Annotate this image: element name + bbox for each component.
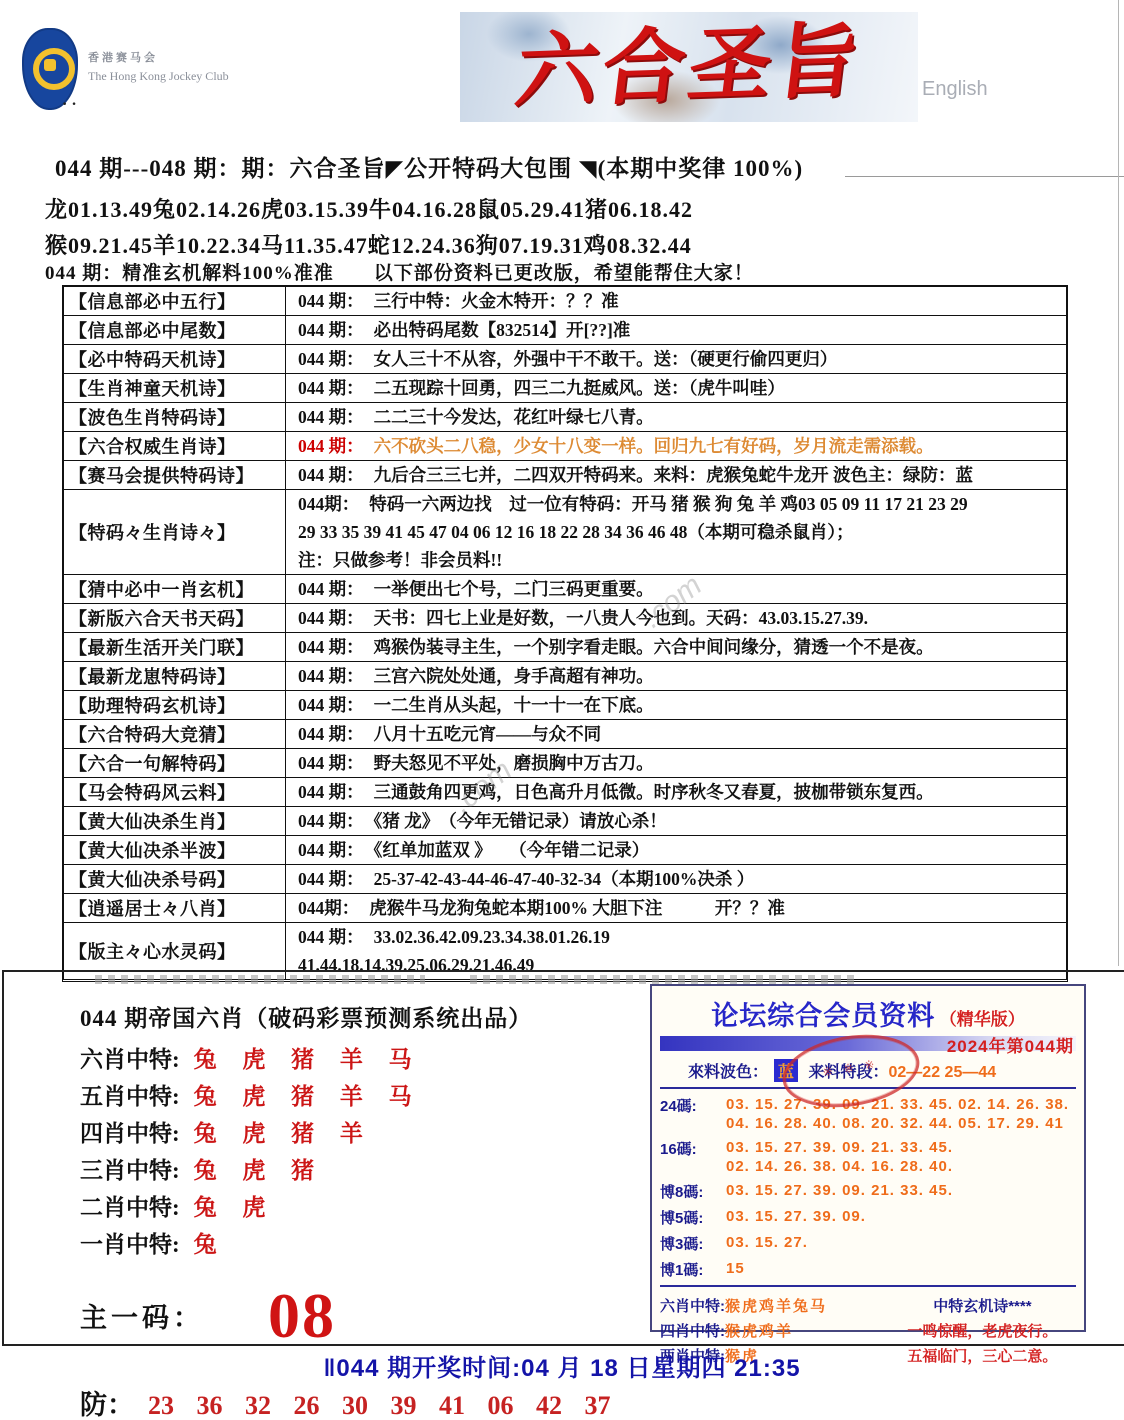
row-period: 044 期：	[298, 782, 364, 802]
code-line: 03. 15. 27. 39. 09. 21. 33. 45.	[726, 1138, 1076, 1157]
code-group-label: 博1碼:	[660, 1259, 726, 1280]
row-period: 044 期：	[298, 927, 364, 947]
code-group: 博8碼:03. 15. 27. 39. 09. 21. 33. 45.	[660, 1181, 1076, 1202]
member-zodiac-row: 六肖中特:猴虎鸡羊兔马	[660, 1294, 889, 1319]
row-period: 044期：	[298, 898, 359, 918]
row-text: 一二生肖从头起，十一十一在下底。	[374, 695, 654, 715]
right-edge-line	[1118, 0, 1119, 966]
main-code-label: 主一码：	[80, 1303, 204, 1333]
zodiac-line-1: 龙01.13.49兔02.14.26虎03.15.39牛04.16.28鼠05.…	[45, 192, 693, 228]
empire-row: 二肖中特:兔 虎	[80, 1189, 611, 1226]
table-row: 【信息部必中尾数】044 期：必出特码尾数【832514】开[??]准	[64, 316, 1066, 345]
title-banner: 六合圣旨	[460, 12, 918, 122]
table-row: 【黄大仙决杀号码】044 期：25-37-42-43-44-46-47-40-3…	[64, 865, 1066, 894]
row-content: 044 期：二二三十今发达，花红叶绿七八青。	[286, 403, 1066, 431]
row-text: 八月十五吃元宵——与众不同	[374, 724, 602, 744]
logo-text-en: The Hong Kong Jockey Club	[88, 67, 229, 85]
row-line: 044 期：《红单加蓝双 》 （今年错二记录）	[298, 836, 1062, 864]
row-text: 特码一六两边找 过一位有特码：开马 猪 猴 狗 兔 羊 鸡03 05 09 11…	[369, 494, 967, 514]
row-line: 044 期：一二生肖从头起，十一十一在下底。	[298, 691, 1062, 719]
row-text: 三宫六院处处通，身手高超有神功。	[374, 666, 654, 686]
empire-title: 044 期帝国六肖（破码彩票预测系统出品）	[80, 1000, 611, 1033]
draw-time-footer: ‖044 期开奖时间:04 月 18 日星期四 21:35	[0, 1348, 1124, 1383]
row-period: 044期：	[298, 494, 359, 514]
table-row: 【马会特码风云料】044 期：三通鼓角四更鸡，日色高升月低微。时序秋冬又春夏，披…	[64, 778, 1066, 807]
row-text: 二五现踪十回勇，四三二九挺威风。送：（虎牛叫哇）	[374, 378, 785, 398]
member-box-codes: 24碼:03. 15. 27. 39. 09. 21. 33. 45. 02. …	[660, 1095, 1076, 1280]
row-content: 044 期：六不砍头二八稳，少女十八变一样。回归九七有好码，岁月流走需添载。	[286, 432, 1066, 460]
row-content: 044 期：25-37-42-43-44-46-47-40-32-34（本期10…	[286, 865, 1066, 893]
row-content: 044 期：鸡猴伪装寻主生，一个别字看走眼。六合中间问缘分，猜透一个不是夜。	[286, 633, 1066, 661]
row-text: 《猪 龙》 （今年无错记录）请放心杀！	[374, 811, 667, 831]
empire-row-zodiacs: 兔 虎 猪	[194, 1158, 325, 1183]
table-row: 【特码々生肖诗々】044期：特码一六两边找 过一位有特码：开马 猪 猴 狗 兔 …	[64, 490, 1066, 575]
hkjc-logo[interactable]: 香港赛马会 The Hong Kong Jockey Club	[22, 28, 229, 110]
row-text: 25-37-42-43-44-46-47-40-32-34（本期100%决杀 ）	[374, 869, 755, 889]
row-line: 044 期：二二三十今发达，花红叶绿七八青。	[298, 403, 1062, 431]
row-line: 044 期：25-37-42-43-44-46-47-40-32-34（本期10…	[298, 865, 1062, 893]
row-line: 044 期：二五现踪十回勇，四三二九挺威风。送：（虎牛叫哇）	[298, 374, 1062, 402]
member-zodiac-row: 四肖中特:猴虎鸡羊	[660, 1319, 889, 1344]
row-content: 044 期：《红单加蓝双 》 （今年错二记录）	[286, 836, 1066, 864]
poem-line: 中特玄机诗****	[889, 1294, 1076, 1319]
wave-color-label: 來料波色：	[688, 1064, 768, 1081]
empire-row-label: 三肖中特:	[80, 1158, 180, 1183]
row-text: 《红单加蓝双 》 （今年错二记录）	[374, 840, 650, 860]
empire-row: 四肖中特:兔 虎 猪 羊	[80, 1115, 611, 1152]
empire-row-label: 一肖中特:	[80, 1232, 180, 1257]
row-period: 044 期：	[298, 465, 364, 485]
zodiac-number-lines: 龙01.13.49兔02.14.26虎03.15.39牛04.16.28鼠05.…	[45, 192, 693, 264]
notice-line: 044 期：精准玄机解料100%准准 以下部份资料已更改版，希望能帮住大家！	[45, 258, 754, 285]
english-link[interactable]: English	[922, 78, 988, 101]
row-content: 044 期：三通鼓角四更鸡，日色高升月低微。时序秋冬又春夏，披枷带锁东复西。	[286, 778, 1066, 806]
row-period: 044 期：	[298, 724, 364, 744]
row-text: 33.02.36.42.09.23.34.38.01.26.19	[374, 927, 610, 947]
row-label: 【黄大仙决杀生肖】	[64, 807, 286, 835]
row-period: 044 期：	[298, 378, 364, 398]
row-content: 044 期：二五现踪十回勇，四三二九挺威风。送：（虎牛叫哇）	[286, 374, 1066, 402]
row-line: 044 期：女人三十不从容，外强中干不敢干。送：（硬更行偷四更归）	[298, 345, 1062, 373]
code-group-label: 16碼:	[660, 1138, 726, 1176]
row-label: 【逍遥居士々八肖】	[64, 894, 286, 922]
empire-row-zodiacs: 兔 虎	[194, 1195, 276, 1220]
row-text: 二二三十今发达，花红叶绿七八青。	[374, 407, 654, 427]
member-box-title: 论坛综合会员资料	[711, 1001, 935, 1031]
empire-row-zodiacs: 兔	[194, 1232, 227, 1257]
row-content: 044 期：女人三十不从容，外强中干不敢干。送：（硬更行偷四更归）	[286, 345, 1066, 373]
guard-row: 防： 23 36 32 26 30 39 41 06 42 37	[80, 1383, 611, 1420]
poem-line: 一鸣惊醒，老虎夜行。	[889, 1319, 1076, 1344]
table-row: 【新版六合天书天码】044 期：天书：四七上业是好数，一八贵人今也到。天码：43…	[64, 604, 1066, 633]
main-code-row: 主一码： 08	[80, 1279, 611, 1353]
code-line: 15	[726, 1259, 1076, 1278]
row-label: 【新版六合天书天码】	[64, 604, 286, 632]
row-period: 044 期：	[298, 869, 364, 889]
row-line: 044 期：三宫六院处处通，身手高超有神功。	[298, 662, 1062, 690]
table-row: 【六合一句解特码】044 期：野夫怒见不平处，磨损胸中万古刀。	[64, 749, 1066, 778]
code-group: 博5碼:03. 15. 27. 39. 09.	[660, 1207, 1076, 1228]
row-line: 044期：特码一六两边找 过一位有特码：开马 猪 猴 狗 兔 羊 鸡03 05 …	[298, 490, 1062, 518]
row-line: 044 期：33.02.36.42.09.23.34.38.01.26.19	[298, 923, 1062, 951]
code-group: 博3碼:03. 15. 27.	[660, 1233, 1076, 1254]
row-period: 044 期：	[298, 579, 364, 599]
empire-row-label: 二肖中特:	[80, 1195, 180, 1220]
row-label: 【猜中必中一肖玄机】	[64, 575, 286, 603]
row-line: 044 期：必出特码尾数【832514】开[??]准	[298, 316, 1062, 344]
row-label: 【黄大仙决杀半波】	[64, 836, 286, 864]
row-label: 【助理特码玄机诗】	[64, 691, 286, 719]
row-period: 044 期：	[298, 840, 364, 860]
row-label: 【必中特码天机诗】	[64, 345, 286, 373]
row-period: 044 期：	[298, 695, 364, 715]
row-content: 044 期：一二生肖从头起，十一十一在下底。	[286, 691, 1066, 719]
table-row: 【六合特码大竞猜】044 期：八月十五吃元宵——与众不同	[64, 720, 1066, 749]
code-line: 02. 14. 26. 38. 04. 16. 28. 40.	[726, 1157, 1076, 1176]
table-row: 【逍遥居士々八肖】044期：虎猴牛马龙狗兔蛇本期100% 大胆下注 开？？准	[64, 894, 1066, 923]
row-period: 044 期：	[298, 320, 364, 340]
empire-row: 三肖中特:兔 虎 猪	[80, 1152, 611, 1189]
code-line: 04. 16. 28. 40. 08. 20. 32. 44. 05. 17. …	[726, 1114, 1076, 1133]
code-line: 03. 15. 27. 39. 09. 21. 33. 45. 02. 14. …	[726, 1095, 1076, 1114]
row-line: 044 期：《猪 龙》 （今年无错记录）请放心杀！	[298, 807, 1062, 835]
row-text: 天书：四七上业是好数，一八贵人今也到。天码：43.03.15.27.39.	[374, 608, 868, 628]
table-row: 【最新龙崽特码诗】044 期：三宫六院处处通，身手高超有神功。	[64, 662, 1066, 691]
member-box-title-sub: （精华版）	[940, 1010, 1025, 1029]
code-group-label: 博8碼:	[660, 1181, 726, 1202]
row-text: 女人三十不从容，外强中干不敢干。送：（硬更行偷四更归）	[374, 349, 838, 369]
row-line: 044 期：三通鼓角四更鸡，日色高升月低微。时序秋冬又春夏，披枷带锁东复西。	[298, 778, 1062, 806]
table-row: 【猜中必中一肖玄机】044 期：一举便出七个号，二门三码更重要。	[64, 575, 1066, 604]
row-text: 九后合三三七并，二四双开特码来。来料：虎猴兔蛇牛龙开 波色主：绿防：蓝	[374, 465, 973, 485]
table-row: 【信息部必中五行】044 期：三行中特：火金木特开：？？准	[64, 287, 1066, 316]
row-label: 【最新龙崽特码诗】	[64, 662, 286, 690]
row-line: 29 33 35 39 41 45 47 04 06 12 16 18 22 2…	[298, 518, 1062, 546]
row-content: 044期：特码一六两边找 过一位有特码：开马 猪 猴 狗 兔 羊 鸡03 05 …	[286, 490, 1066, 574]
member-box-divider	[660, 1285, 1076, 1287]
row-label: 【赛马会提供特码诗】	[64, 461, 286, 489]
row-text: 野夫怒见不平处，磨损胸中万古刀。	[374, 753, 654, 773]
row-content: 044 期：三宫六院处处通，身手高超有神功。	[286, 662, 1066, 690]
table-row: 【波色生肖特码诗】044 期：二二三十今发达，花红叶绿七八青。	[64, 403, 1066, 432]
main-code-value: 08	[268, 1280, 336, 1351]
issue-subtitle: 044 期---048 期：期：六合圣旨◤公开特码大包围 ◥(本期中奖律 100…	[55, 150, 803, 183]
row-period: 044 期：	[298, 291, 364, 311]
code-line: 03. 15. 27. 39. 09. 21. 33. 45.	[726, 1181, 1076, 1200]
empire-rows: 六肖中特:兔 虎 猪 羊 马五肖中特:兔 虎 猪 羊 马四肖中特:兔 虎 猪 羊…	[80, 1041, 611, 1263]
row-text: 三行中特：火金木特开：？？准	[374, 291, 619, 311]
code-group: 博1碼:15	[660, 1259, 1076, 1280]
row-text: 一举便出七个号，二门三码更重要。	[374, 579, 654, 599]
member-zodiac-label: 六肖中特:	[660, 1298, 725, 1315]
row-label: 【生肖神童天机诗】	[64, 374, 286, 402]
row-text: 注：只做参考！非会员料!!	[298, 550, 502, 570]
row-text: 虎猴牛马龙狗兔蛇本期100% 大胆下注 开？？准	[369, 898, 785, 918]
row-label: 【马会特码风云料】	[64, 778, 286, 806]
row-content: 044 期：《猪 龙》 （今年无错记录）请放心杀！	[286, 807, 1066, 835]
code-group: 16碼:03. 15. 27. 39. 09. 21. 33. 45.02. 1…	[660, 1138, 1076, 1176]
row-label: 【六合特码大竞猜】	[64, 720, 286, 748]
row-label: 【六合一句解特码】	[64, 749, 286, 777]
tips-table: 【信息部必中五行】044 期：三行中特：火金木特开：？？准【信息部必中尾数】04…	[62, 285, 1068, 982]
row-label: 【信息部必中五行】	[64, 287, 286, 315]
row-text: 29 33 35 39 41 45 47 04 06 12 16 18 22 2…	[298, 522, 854, 542]
row-line: 044 期：鸡猴伪装寻主生，一个别字看走眼。六合中间问缘分，猜透一个不是夜。	[298, 633, 1062, 661]
row-line: 044期：虎猴牛马龙狗兔蛇本期100% 大胆下注 开？？准	[298, 894, 1062, 922]
row-line: 044 期：三行中特：火金木特开：？？准	[298, 287, 1062, 315]
row-content: 044期：虎猴牛马龙狗兔蛇本期100% 大胆下注 开？？准	[286, 894, 1066, 922]
row-text: 必出特码尾数【832514】开[??]准	[374, 320, 631, 340]
row-period: 044 期：	[298, 349, 364, 369]
row-line: 044 期：八月十五吃元宵——与众不同	[298, 720, 1062, 748]
row-period: 044 期：	[298, 637, 364, 657]
row-period: 044 期：	[298, 436, 364, 456]
row-period: 044 期：	[298, 811, 364, 831]
table-row: 【六合权威生肖诗】044 期：六不砍头二八稳，少女十八变一样。回归九七有好码，岁…	[64, 432, 1066, 461]
empire-row-label: 五肖中特:	[80, 1084, 180, 1109]
empire-row-zodiacs: 兔 虎 猪 羊	[194, 1121, 373, 1146]
logo-text-zh: 香港赛马会	[88, 50, 229, 67]
empire-row: 一肖中特:兔	[80, 1226, 611, 1263]
row-content: 044 期：八月十五吃元宵——与众不同	[286, 720, 1066, 748]
logo-dots: · ·	[62, 96, 77, 114]
code-line: 03. 15. 27.	[726, 1233, 1076, 1252]
row-period: 044 期：	[298, 407, 364, 427]
row-text: 六不砍头二八稳，少女十八变一样。回归九七有好码，岁月流走需添载。	[374, 436, 934, 456]
subtitle-rule	[845, 176, 1124, 177]
row-content: 044 期：三行中特：火金木特开：？？准	[286, 287, 1066, 315]
member-zodiac-value: 猴虎鸡羊	[725, 1323, 793, 1340]
code-group-lines: 03. 15. 27. 39. 09.	[726, 1207, 1076, 1228]
table-row: 【黄大仙决杀半波】044 期：《红单加蓝双 》 （今年错二记录）	[64, 836, 1066, 865]
code-group-label: 24碼:	[660, 1095, 726, 1133]
empire-row-zodiacs: 兔 虎 猪 羊 马	[194, 1084, 422, 1109]
row-period: 044 期：	[298, 753, 364, 773]
row-content: 044 期：必出特码尾数【832514】开[??]准	[286, 316, 1066, 344]
code-group-label: 博3碼:	[660, 1233, 726, 1254]
row-content: 044 期：野夫怒见不平处，磨损胸中万古刀。	[286, 749, 1066, 777]
guard-numbers: 23 36 32 26 30 39 41 06 42 37	[148, 1391, 611, 1420]
row-label: 【特码々生肖诗々】	[64, 490, 286, 574]
table-row: 【最新生活开关门联】044 期：鸡猴伪装寻主生，一个别字看走眼。六合中间问缘分，…	[64, 633, 1066, 662]
empire-row-zodiacs: 兔 虎 猪 羊 马	[194, 1047, 422, 1072]
table-row: 【必中特码天机诗】044 期：女人三十不从容，外强中干不敢干。送：（硬更行偷四更…	[64, 345, 1066, 374]
row-period: 044 期：	[298, 666, 364, 686]
member-box-title-row: 论坛综合会员资料 （精华版）	[660, 994, 1076, 1033]
code-group-label: 博5碼:	[660, 1207, 726, 1228]
table-row: 【赛马会提供特码诗】044 期：九后合三三七并，二四双开特码来。来料：虎猴兔蛇牛…	[64, 461, 1066, 490]
table-row: 【黄大仙决杀生肖】044 期：《猪 龙》 （今年无错记录）请放心杀！	[64, 807, 1066, 836]
member-zodiac-value: 猴虎鸡羊兔马	[725, 1298, 827, 1315]
empire-row-label: 四肖中特:	[80, 1121, 180, 1146]
code-group-lines: 03. 15. 27.	[726, 1233, 1076, 1254]
row-line: 044 期：九后合三三七并，二四双开特码来。来料：虎猴兔蛇牛龙开 波色主：绿防：…	[298, 461, 1062, 489]
row-text: 鸡猴伪装寻主生，一个别字看走眼。六合中间问缘分，猜透一个不是夜。	[374, 637, 934, 657]
code-line: 03. 15. 27. 39. 09.	[726, 1207, 1076, 1226]
empire-row: 六肖中特:兔 虎 猪 羊 马	[80, 1041, 611, 1078]
member-box-issue: 2024年第044期	[947, 1032, 1074, 1057]
empire-row-label: 六肖中特:	[80, 1047, 180, 1072]
row-label: 【六合权威生肖诗】	[64, 432, 286, 460]
row-line: 044 期：野夫怒见不平处，磨损胸中万古刀。	[298, 749, 1062, 777]
table-row: 【助理特码玄机诗】044 期：一二生肖从头起，十一十一在下底。	[64, 691, 1066, 720]
logo-text: 香港赛马会 The Hong Kong Jockey Club	[88, 50, 229, 85]
row-line: 044 期：六不砍头二八稳，少女十八变一样。回归九七有好码，岁月流走需添载。	[298, 432, 1062, 460]
table-row: 【生肖神童天机诗】044 期：二五现踪十回勇，四三二九挺威风。送：（虎牛叫哇）	[64, 374, 1066, 403]
code-group-lines: 15	[726, 1259, 1076, 1280]
row-label: 【最新生活开关门联】	[64, 633, 286, 661]
page-title: 六合圣旨	[511, 20, 867, 114]
row-line: 注：只做参考！非会员料!!	[298, 546, 1062, 574]
row-period: 044 期：	[298, 608, 364, 628]
row-label: 【信息部必中尾数】	[64, 316, 286, 344]
empire-row: 五肖中特:兔 虎 猪 羊 马	[80, 1078, 611, 1115]
row-label: 【黄大仙决杀号码】	[64, 865, 286, 893]
row-content: 044 期：九后合三三七并，二四双开特码来。来料：虎猴兔蛇牛龙开 波色主：绿防：…	[286, 461, 1066, 489]
code-group-lines: 03. 15. 27. 39. 09. 21. 33. 45.02. 14. 2…	[726, 1138, 1076, 1176]
code-group-lines: 03. 15. 27. 39. 09. 21. 33. 45.	[726, 1181, 1076, 1202]
row-label: 【波色生肖特码诗】	[64, 403, 286, 431]
code-group-lines: 03. 15. 27. 39. 09. 21. 33. 45. 02. 14. …	[726, 1095, 1076, 1133]
member-zodiac-label: 四肖中特:	[660, 1323, 725, 1340]
guard-label: 防：	[80, 1390, 134, 1420]
